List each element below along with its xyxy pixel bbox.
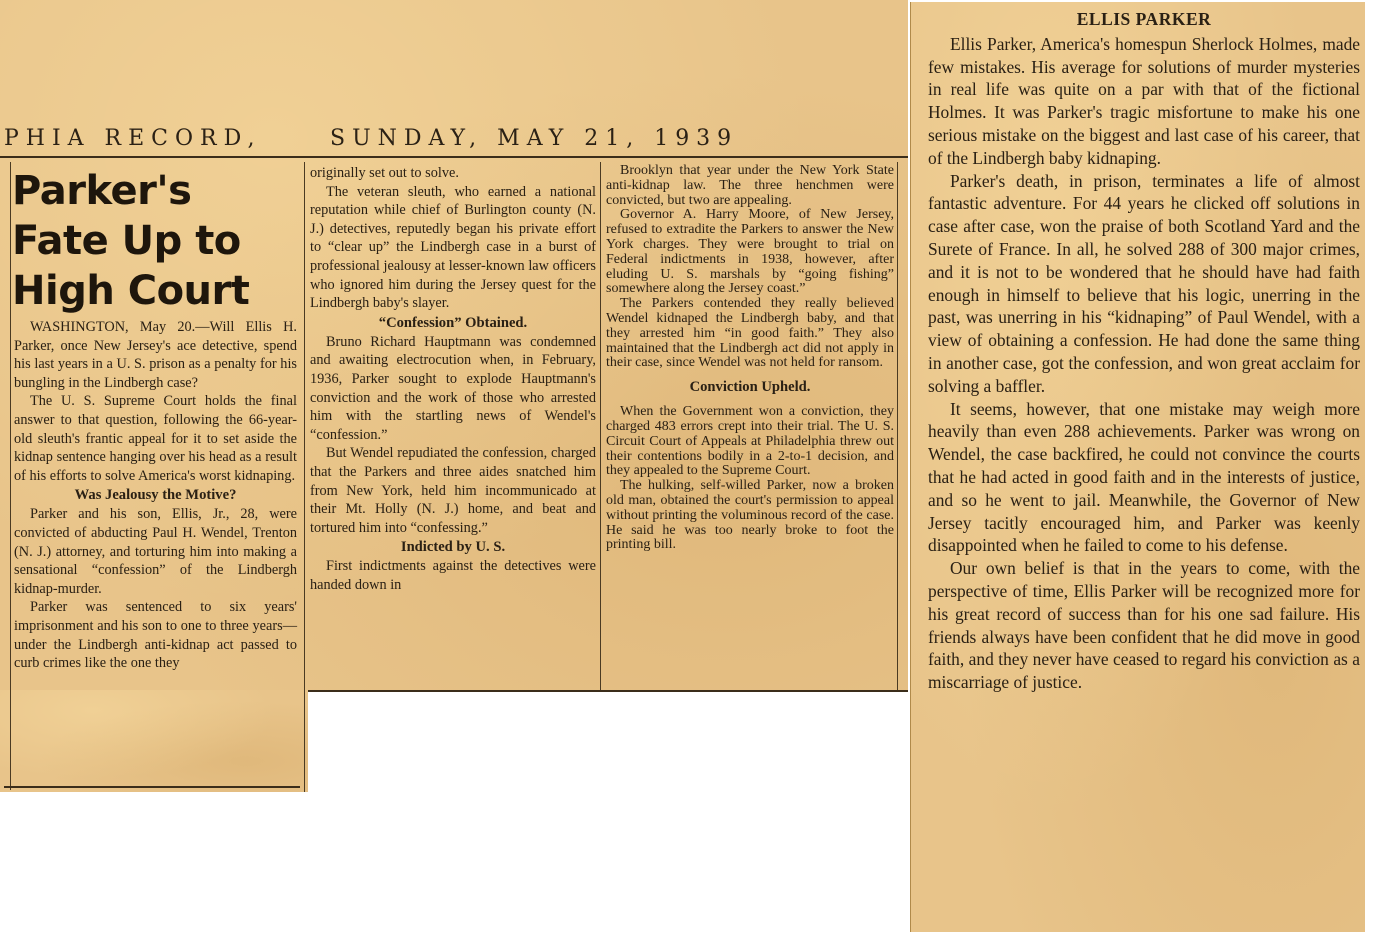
paragraph: But Wendel repudiated the confession, ch… — [310, 444, 596, 537]
column-bottom-rule — [4, 786, 300, 788]
paragraph: Brooklyn that year under the New York St… — [606, 164, 894, 208]
subhead: Was Jealousy the Motive? — [14, 485, 297, 505]
paragraph: The hulking, self-willed Parker, now a b… — [606, 479, 894, 553]
paragraph: First indictments against the detectives… — [310, 557, 596, 594]
subhead: “Confession” Obtained. — [310, 313, 596, 333]
paragraph: The veteran sleuth, who earned a nationa… — [310, 183, 596, 313]
news-clipping-tail — [0, 690, 308, 792]
editorial-paragraph: Parker's death, in prison, terminates a … — [928, 170, 1360, 398]
paragraph: Parker was sentenced to six years' impri… — [14, 598, 297, 672]
article-headline: Parker's Fate Up to High Court — [12, 166, 302, 316]
paragraph: Governor A. Harry Moore, of New Jersey, … — [606, 208, 894, 297]
column-bottom-rule — [308, 690, 908, 692]
editorial-body: Ellis Parker, America's homespun Sherloc… — [928, 33, 1360, 694]
paragraph: When the Government won a conviction, th… — [606, 405, 894, 479]
article-column-2: originally set out to solve.The veteran … — [310, 164, 596, 594]
article-column-1: WASHINGTON, May 20.—Will Ellis H. Parker… — [14, 318, 297, 673]
editorial-paragraph: It seems, however, that one mistake may … — [928, 398, 1360, 558]
editorial-paragraph: Our own belief is that in the years to c… — [928, 557, 1360, 694]
masthead-paper-name: PHIA RECORD, — [4, 126, 261, 151]
masthead: PHIA RECORD, SUNDAY, MAY 21, 1939 — [0, 122, 908, 158]
masthead-date: SUNDAY, MAY 21, 1939 — [330, 126, 738, 151]
column-rule — [304, 162, 305, 792]
headline-line: Fate Up to — [12, 216, 302, 266]
headline-line: High Court — [12, 266, 302, 316]
paragraph: Bruno Richard Hauptmann was condemned an… — [310, 333, 596, 445]
column-rule — [600, 162, 601, 690]
editorial-title: ELLIS PARKER — [928, 8, 1360, 31]
article-column-3: Brooklyn that year under the New York St… — [606, 164, 894, 553]
paragraph: The U. S. Supreme Court holds the final … — [14, 392, 297, 485]
paragraph: originally set out to solve. — [310, 164, 596, 183]
subhead: Conviction Upheld. — [606, 377, 894, 397]
editorial: ELLIS PARKER Ellis Parker, America's hom… — [928, 8, 1360, 694]
subhead: Indicted by U. S. — [310, 537, 596, 557]
paragraph: Parker and his son, Ellis, Jr., 28, were… — [14, 505, 297, 598]
paragraph: The Parkers contended they really believ… — [606, 297, 894, 371]
editorial-paragraph: Ellis Parker, America's homespun Sherloc… — [928, 33, 1360, 170]
headline-line: Parker's — [12, 166, 302, 216]
paragraph: WASHINGTON, May 20.—Will Ellis H. Parker… — [14, 318, 297, 392]
column-rule — [897, 162, 898, 690]
column-rule — [10, 162, 11, 790]
